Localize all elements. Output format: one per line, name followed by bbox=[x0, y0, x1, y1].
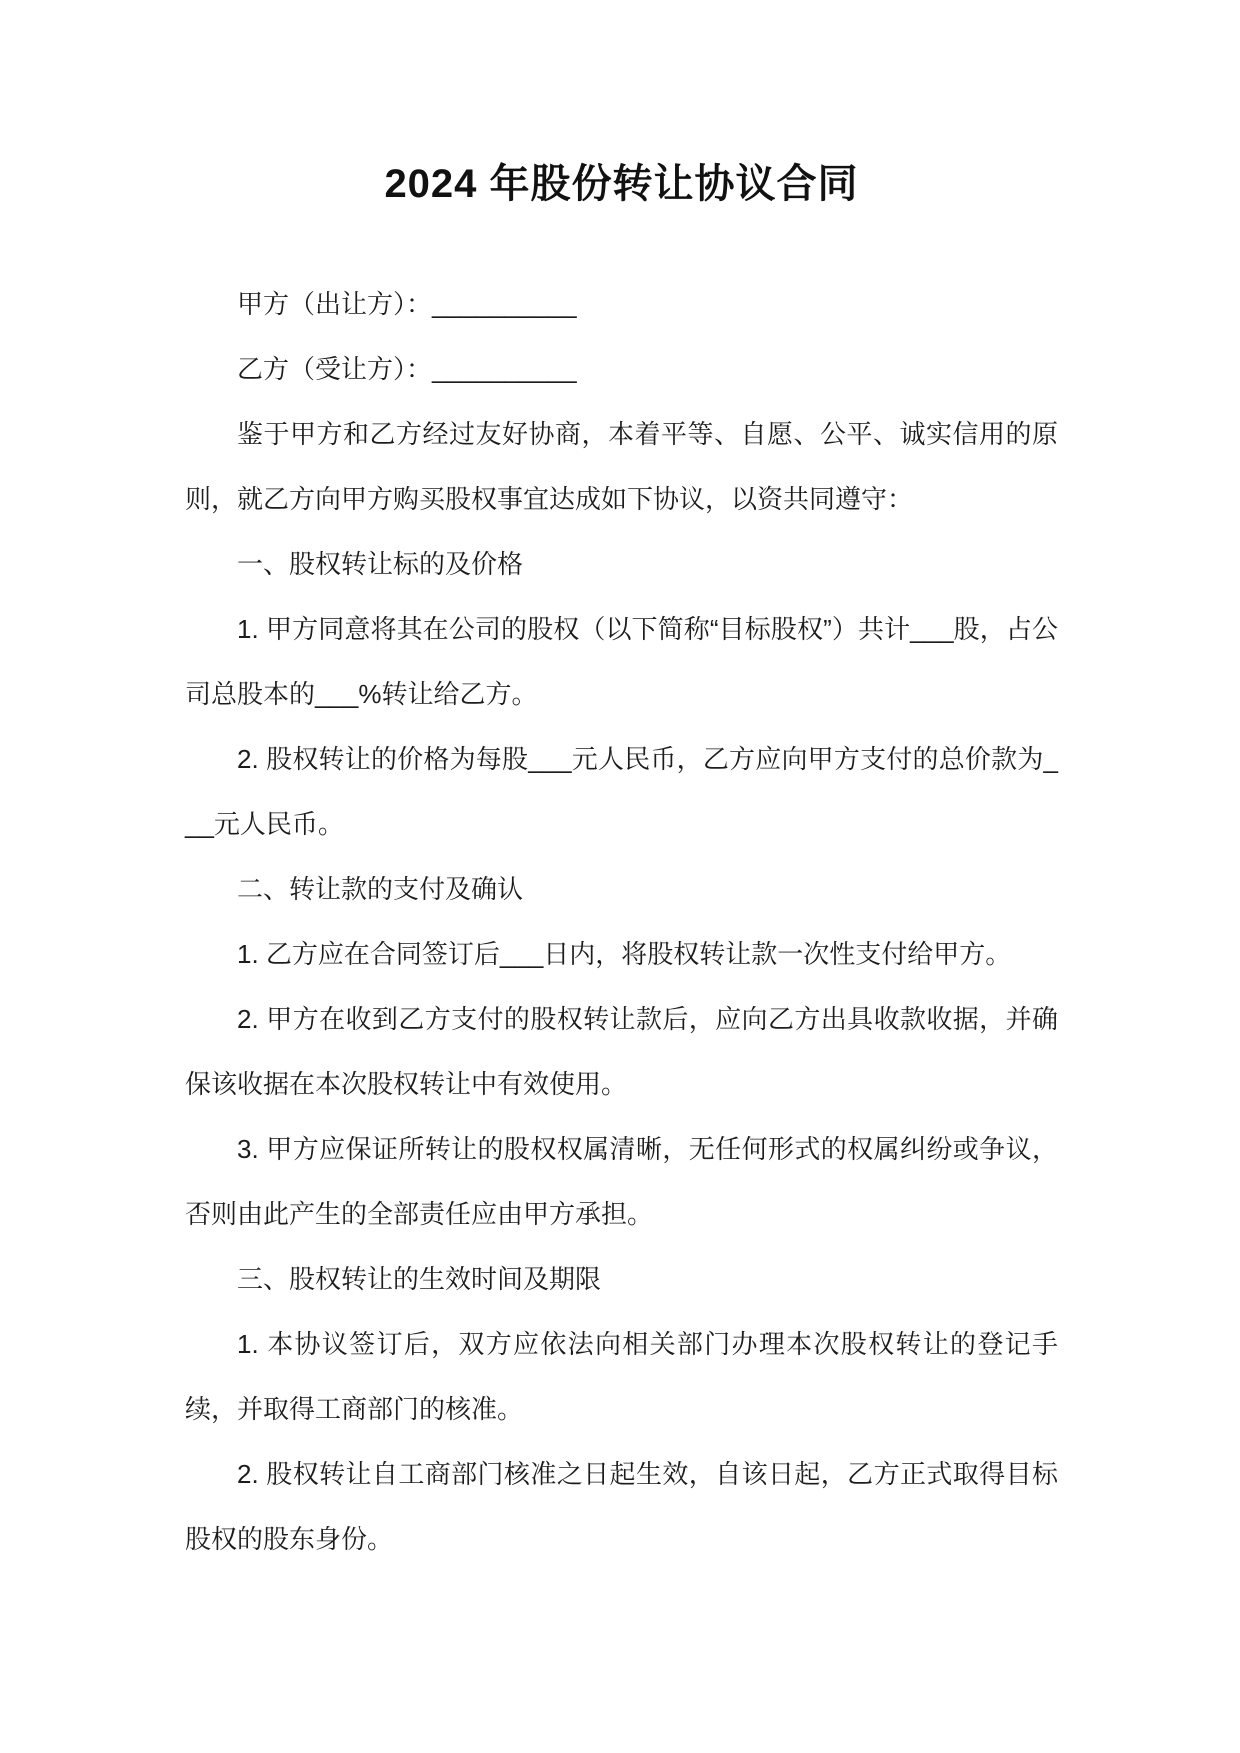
document-title: 2024 年股份转让协议合同 bbox=[185, 160, 1058, 208]
preamble-paragraph: 鉴于甲方和乙方经过友好协商，本着平等、自愿、公平、诚实信用的原则，就乙方向甲方购… bbox=[185, 402, 1058, 532]
party-a-line: 甲方（出让方）：__________ bbox=[185, 272, 1058, 337]
section-2-heading: 二、转让款的支付及确认 bbox=[185, 857, 1058, 922]
clause-3-1: 1. 本协议签订后，双方应依法向相关部门办理本次股权转让的登记手续，并取得工商部… bbox=[185, 1312, 1058, 1442]
clause-3-2: 2. 股权转让自工商部门核准之日起生效，自该日起，乙方正式取得目标股权的股东身份… bbox=[185, 1442, 1058, 1572]
contract-document-page: 2024 年股份转让协议合同 甲方（出让方）：__________ 乙方（受让方… bbox=[0, 0, 1240, 1753]
party-b-line: 乙方（受让方）：__________ bbox=[185, 337, 1058, 402]
clause-2-1: 1. 乙方应在合同签订后___日内，将股权转让款一次性支付给甲方。 bbox=[185, 922, 1058, 987]
clause-2-3: 3. 甲方应保证所转让的股权权属清晰，无任何形式的权属纠纷或争议，否则由此产生的… bbox=[185, 1117, 1058, 1247]
clause-2-2: 2. 甲方在收到乙方支付的股权转让款后，应向乙方出具收款收据，并确保该收据在本次… bbox=[185, 987, 1058, 1117]
section-3-heading: 三、股权转让的生效时间及期限 bbox=[185, 1247, 1058, 1312]
clause-1-1: 1. 甲方同意将其在公司的股权（以下简称“目标股权”）共计___股，占公司总股本… bbox=[185, 597, 1058, 727]
section-1-heading: 一、股权转让标的及价格 bbox=[185, 532, 1058, 597]
clause-1-2: 2. 股权转让的价格为每股___元人民币，乙方应向甲方支付的总价款为___元人民… bbox=[185, 727, 1058, 857]
